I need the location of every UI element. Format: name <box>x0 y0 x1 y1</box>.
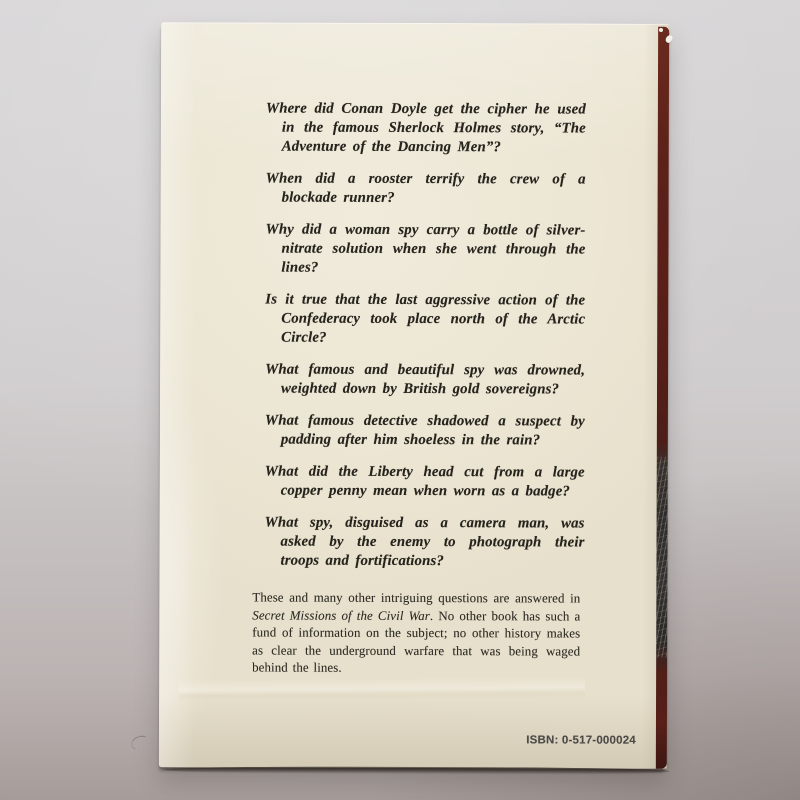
blurb-question-4: Is it true that the last aggressive acti… <box>253 290 589 348</box>
book-back-cover: Where did Conan Doyle get the cipher he … <box>159 22 669 769</box>
blurb-summary: These and many other intriguing question… <box>252 589 588 678</box>
book-board-edge <box>656 27 669 769</box>
blurb-question-2: When did a rooster terrify the crew of a… <box>254 169 590 208</box>
photo-backdrop: Where did Conan Doyle get the cipher he … <box>0 0 800 800</box>
blurb-question-1: Where did Conan Doyle get the cipher he … <box>254 99 590 157</box>
cover-crease <box>179 676 586 701</box>
blurb-question-3: Why did a woman spy carry a bottle of si… <box>253 220 589 278</box>
blurb-question-6: What famous detective shadowed a suspect… <box>253 411 589 450</box>
blurb-summary-lead: These and many other intriguing question… <box>252 590 580 605</box>
cover-glare <box>159 350 250 753</box>
surface-scratch <box>129 733 151 752</box>
book: Where did Conan Doyle get the cipher he … <box>159 22 669 769</box>
blurb-question-5: What famous and beautiful spy was drowne… <box>253 360 589 399</box>
back-cover-text-block: Where did Conan Doyle get the cipher he … <box>252 99 590 678</box>
paper-speck-small <box>659 28 663 32</box>
board-edge-texture <box>656 457 668 657</box>
book-title: Secret Missions of the Civil War <box>252 608 430 623</box>
blurb-question-7: What did the Liberty head cut from a lar… <box>253 462 589 501</box>
blurb-question-8: What spy, disguised as a camera man, was… <box>252 513 588 571</box>
isbn-label: ISBN: 0-517-000024 <box>526 734 636 746</box>
